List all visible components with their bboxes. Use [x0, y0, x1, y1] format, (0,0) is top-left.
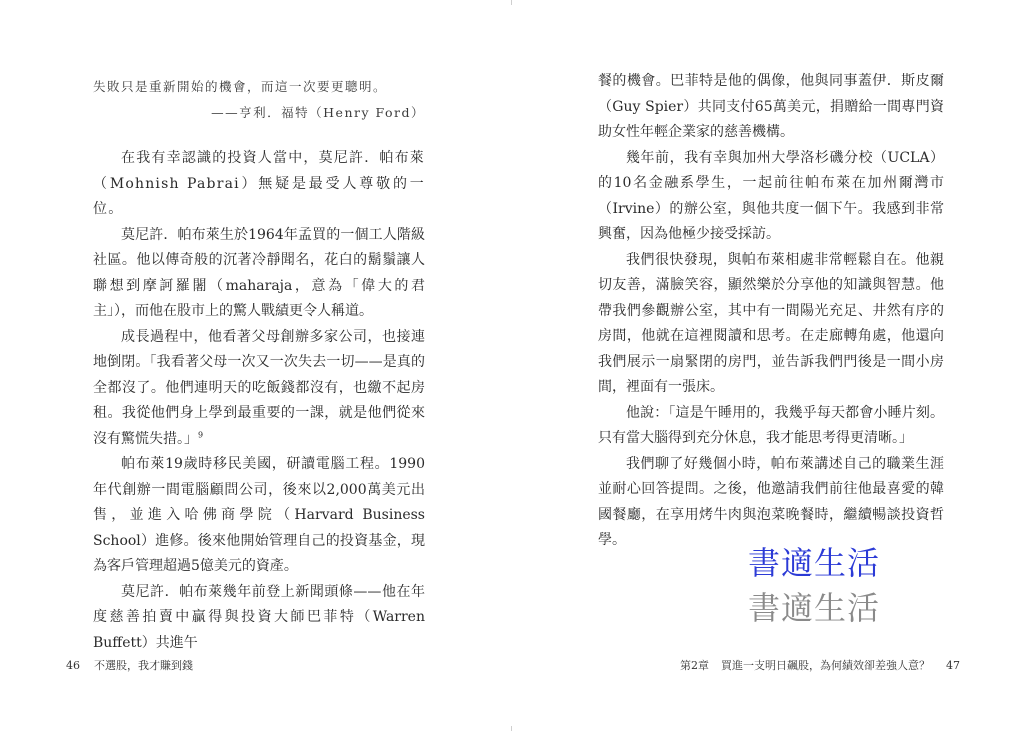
- page-number: 46: [66, 659, 80, 672]
- left-page: 失敗只是重新開始的機會，而這一次要更聰明。 ——亨利．福特（Henry Ford…: [0, 0, 512, 731]
- watermark-logo-gray: 書適生活: [748, 590, 880, 626]
- paragraph: 在我有幸認識的投資人當中，莫尼許．帕布萊（Mohnish Pabrai）無疑是最…: [93, 146, 425, 223]
- paragraph: 餐的機會。巴菲特是他的偶像，他與同事蓋伊．斯皮爾（Guy Spier）共同支付6…: [598, 69, 944, 146]
- paragraph: 幾年前，我有幸與加州大學洛杉磯分校（UCLA）的10名金融系學生，一起前往帕布萊…: [598, 146, 944, 248]
- right-body-text: 餐的機會。巴菲特是他的偶像，他與同事蓋伊．斯皮爾（Guy Spier）共同支付6…: [598, 69, 944, 554]
- paragraph: 莫尼許．帕布萊幾年前登上新聞頭條——他在年度慈善拍賣中贏得與投資大師巴菲特（Wa…: [93, 580, 425, 657]
- epigraph-quote: 失敗只是重新開始的機會，而這一次要更聰明。: [93, 76, 425, 98]
- paragraph: 莫尼許．帕布萊生於1964年孟買的一個工人階級社區。他以傳奇般的沉著冷靜聞名，花…: [93, 223, 425, 325]
- paragraph-text: 成長過程中，他看著父母創辦多家公司，也接連地倒閉。「我看著父母一次又一次失去一切…: [93, 329, 425, 447]
- paragraph: 他說：「這是午睡用的，我幾乎每天都會小睡片刻。只有當大腦得到充分休息，我才能思考…: [598, 401, 944, 452]
- paragraph: 我們聊了好幾個小時，帕布萊講述自己的職業生涯並耐心回答提問。之後，他邀請我們前往…: [598, 452, 944, 554]
- paragraph: 我們很快發現，與帕布萊相處非常輕鬆自在。他親切友善，滿臉笑容，顯然樂於分享他的知…: [598, 248, 944, 401]
- paragraph: 帕布萊19歲時移民美國，研讀電腦工程。1990年代創辦一間電腦顧問公司，後來以2…: [93, 452, 425, 580]
- page-number: 47: [946, 659, 960, 672]
- watermark-logo-blue: 書適生活: [748, 545, 880, 581]
- left-page-footer: 46不選股，我才賺到錢: [66, 657, 193, 673]
- paragraph: 成長過程中，他看著父母創辦多家公司，也接連地倒閉。「我看著父母一次又一次失去一切…: [93, 325, 425, 453]
- epigraph: 失敗只是重新開始的機會，而這一次要更聰明。 ——亨利．福特（Henry Ford…: [93, 76, 425, 124]
- right-page: 餐的機會。巴菲特是他的偶像，他與同事蓋伊．斯皮爾（Guy Spier）共同支付6…: [512, 0, 1024, 731]
- chapter-label: 第2章: [680, 659, 709, 672]
- running-title: 不選股，我才賺到錢: [94, 659, 193, 672]
- footnote-marker: 9: [198, 430, 203, 439]
- running-title: 買進一支明日飆股，為何績效卻差強人意？: [721, 659, 930, 672]
- left-body-text: 在我有幸認識的投資人當中，莫尼許．帕布萊（Mohnish Pabrai）無疑是最…: [93, 146, 425, 656]
- epigraph-attribution: ——亨利．福特（Henry Ford）: [93, 102, 425, 124]
- right-page-footer: 第2章買進一支明日飆股，為何績效卻差強人意？47: [680, 657, 960, 673]
